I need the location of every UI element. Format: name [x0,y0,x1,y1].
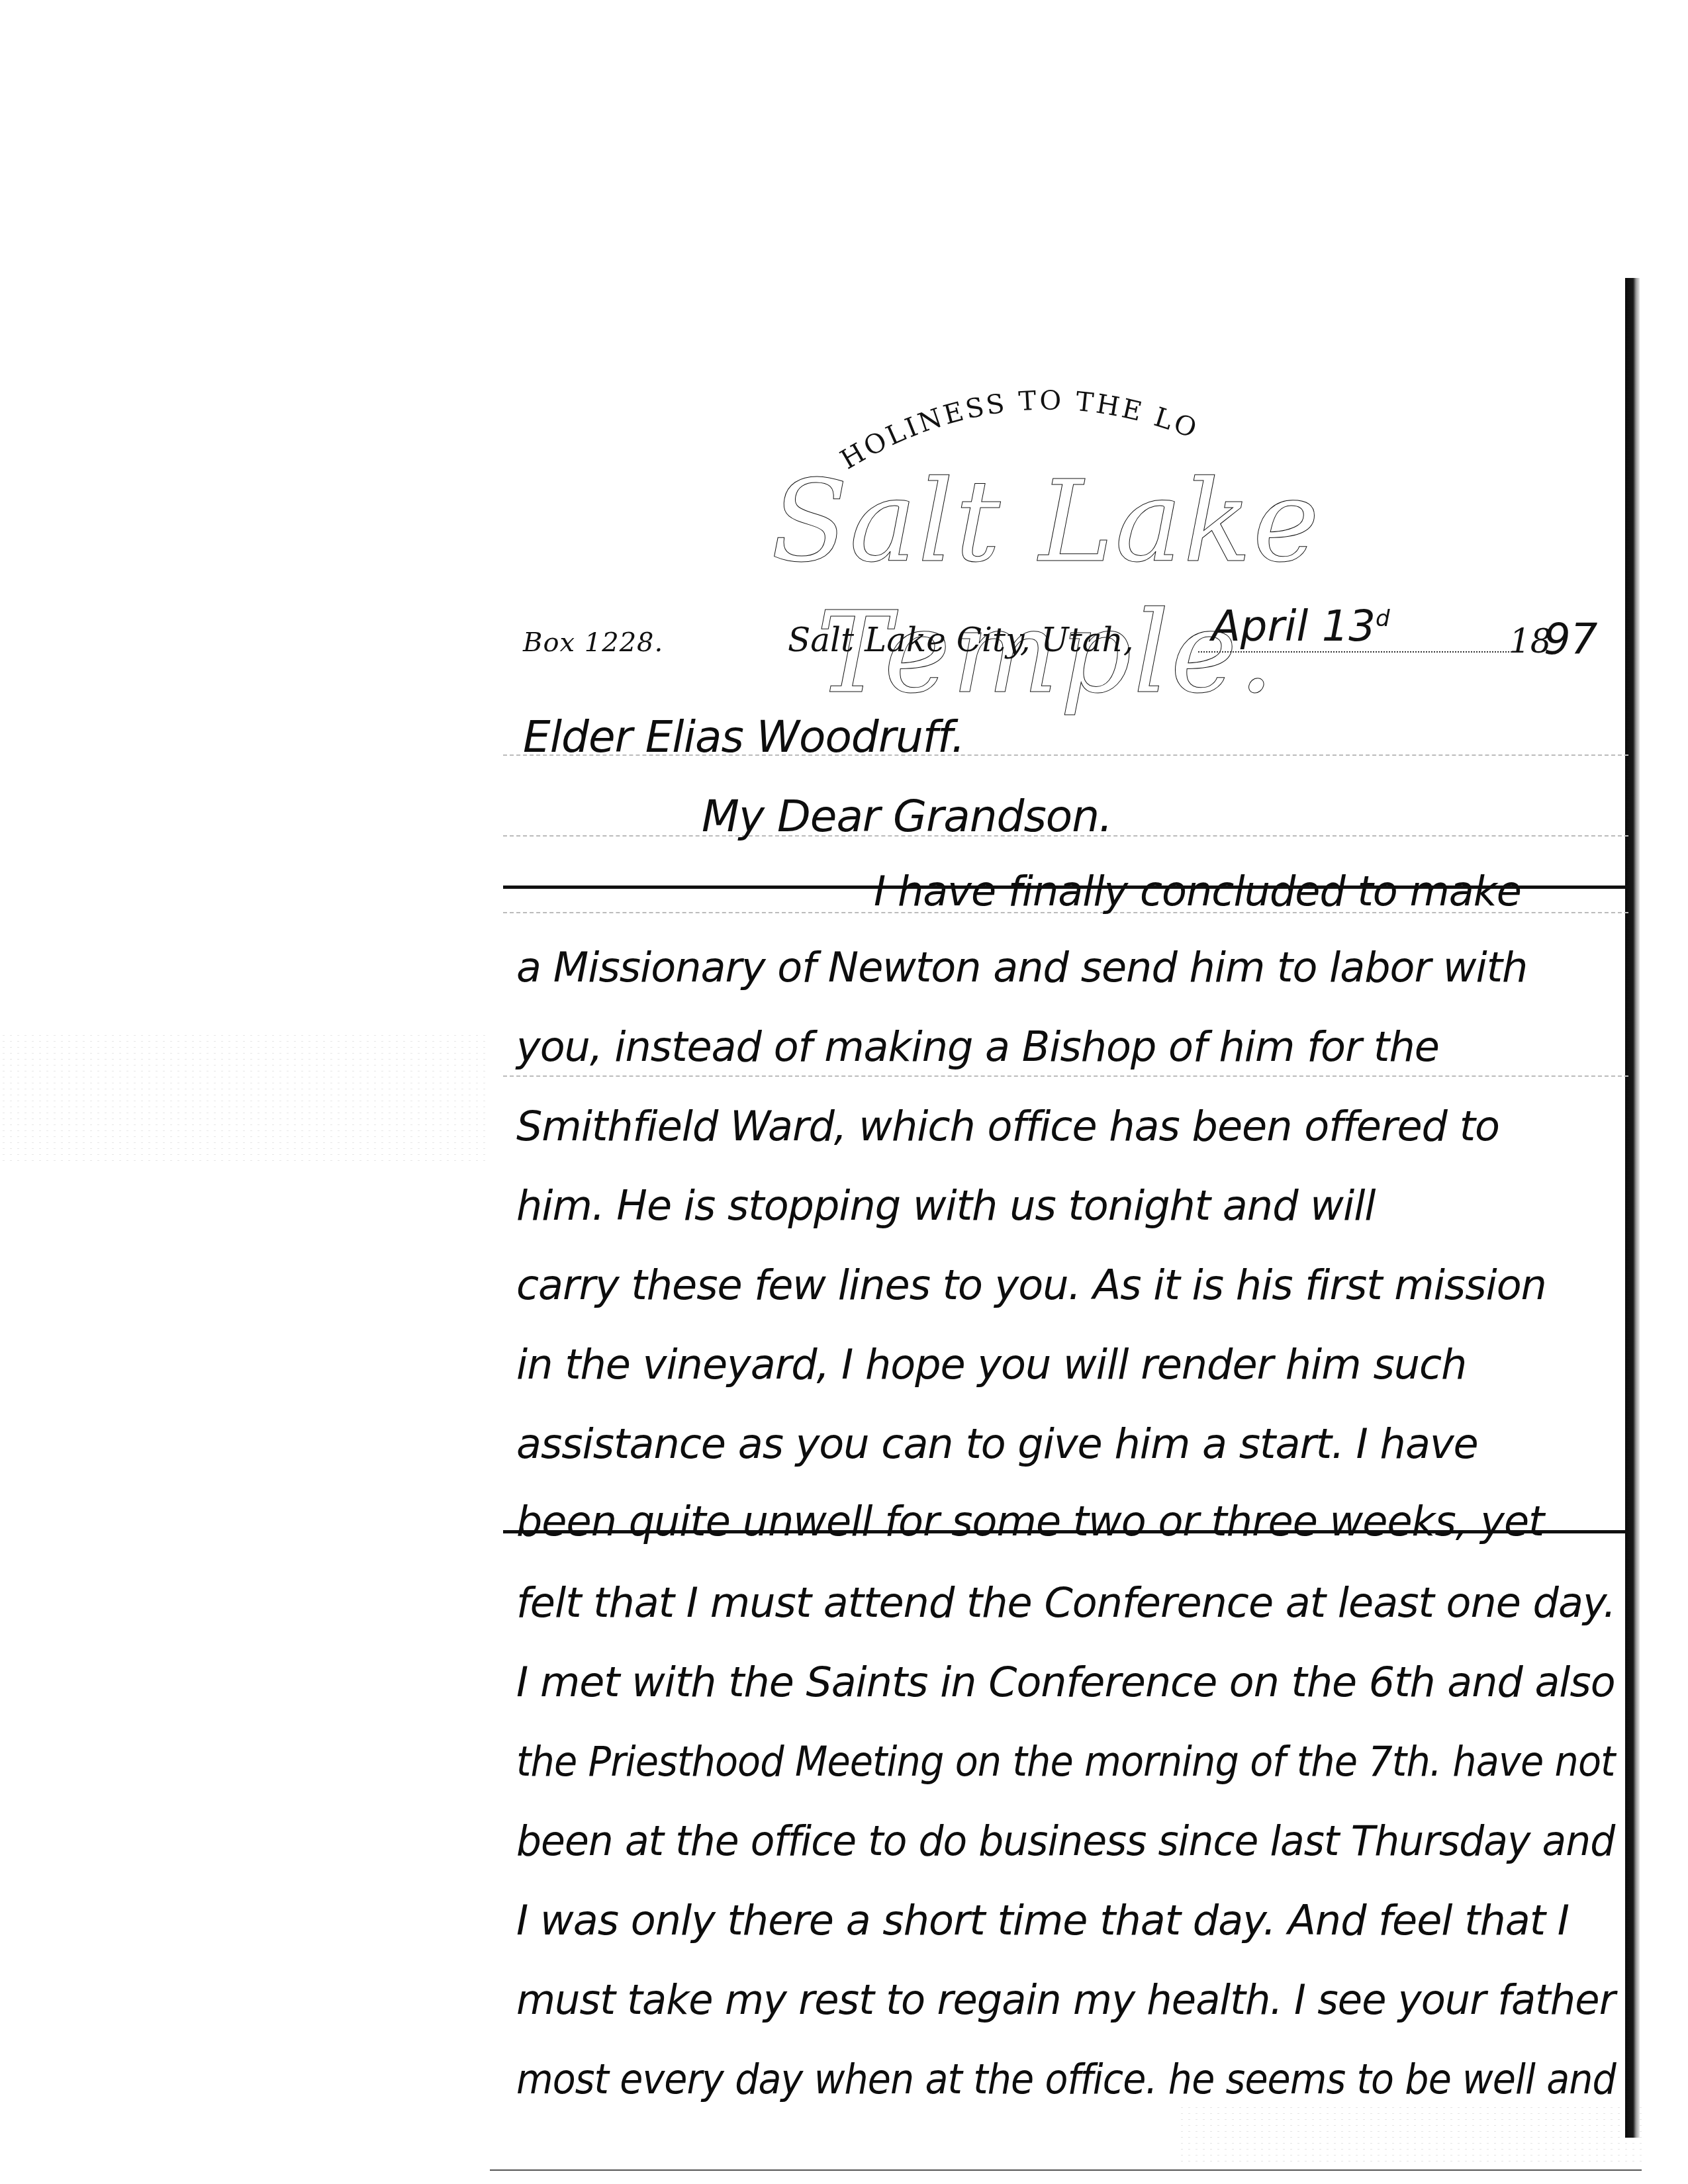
date-suffix: d [1376,606,1390,632]
year-handwritten: 97 [1544,615,1597,664]
page-edge-bar [1625,278,1640,2138]
body-line: assistance as you can to give him a star… [516,1420,1478,1468]
body-line: I was only there a short time that day. … [516,1896,1569,1944]
body-line: a Missionary of Newton and send him to l… [516,943,1527,991]
body-line: the Priesthood Meeting on the morning of… [516,1737,1615,1786]
ruled-line [503,1075,1628,1077]
addressee: Elder Elias Woodruff. [523,711,964,762]
body-line: I met with the Saints in Conference on t… [516,1658,1615,1706]
body-line: been quite unwell for some two or three … [516,1497,1544,1545]
body-line: carry these few lines to you. As it is h… [516,1261,1546,1309]
body-line: must take my rest to regain my health. I… [516,1976,1615,2024]
body-line: felt that I must attend the Conference a… [516,1578,1615,1627]
scan-noise-bottom [1178,2105,1642,2164]
page-bottom-edge [490,2169,1642,2171]
box-number: Box 1228. [523,627,663,658]
salutation: My Dear Grandson. [702,791,1112,842]
place-name: Salt Lake City, Utah, [788,621,1134,659]
body-line: been at the office to do business since … [516,1817,1615,1865]
body-line: him. He is stopping with us tonight and … [516,1181,1376,1230]
date-text: April 13 [1211,602,1376,651]
body-line: Smithfield Ward, which office has been o… [516,1102,1499,1150]
body-line: in the vineyard, I hope you will render … [516,1340,1466,1388]
dateline: Box 1228. Salt Lake City, Utah, April 13… [523,609,1595,682]
body-line: I have finally concluded to make [874,867,1521,915]
body-line: most every day when at the office. he se… [516,2055,1616,2103]
scan-noise [0,1032,490,1165]
handwritten-date: April 13d [1198,602,1523,653]
body-line: you, instead of making a Bishop of him f… [516,1023,1439,1071]
